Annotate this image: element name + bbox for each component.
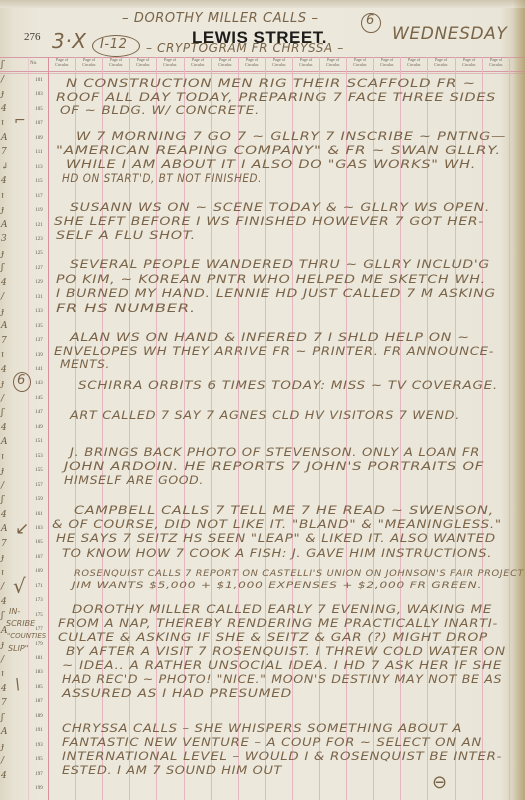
entry-line: SEVERAL PEOPLE WANDERED THRU ~ GLLRY INC… (70, 257, 490, 271)
entry-line: BY AFTER A VISIT 7 ROSENQUIST. I THREW C… (66, 644, 506, 658)
row-number: 153 (32, 454, 46, 459)
header-rule-double (0, 73, 525, 74)
binding-ink-mark: ɟ (1, 553, 9, 563)
column-header: Page of Circular. (240, 58, 264, 67)
row-number: 147 (32, 410, 46, 415)
binding-ink-mark: A (1, 220, 9, 230)
row-number: 137 (32, 338, 46, 343)
row-number: 175 (32, 613, 46, 618)
entry-line: ASSURED AS I HAD PRESUMED (62, 686, 292, 700)
column-header: Page of Circular. (131, 58, 155, 67)
binding-ink-mark: ɟ (1, 307, 9, 317)
row-number: 185 (32, 685, 46, 690)
row-number: 139 (32, 353, 46, 358)
row-number: 191 (32, 728, 46, 733)
entry-line: W 7 MORNING 7 GO 7 ~ GLLRY 7 INSCRIBE ~ … (76, 129, 506, 143)
binding-ink-mark: A (1, 524, 9, 534)
weekday: WEDNESDAY (392, 24, 507, 44)
binding-ink-mark: 7 (1, 336, 9, 346)
margin-check-mark: ⌐ (14, 113, 26, 129)
column-rule (482, 57, 483, 800)
page-top-edge (0, 0, 525, 8)
binding-ink-mark: A (1, 727, 9, 737)
row-number: 171 (32, 584, 46, 589)
margin-inscribe-4: SLIP" (8, 644, 28, 653)
row-number: 199 (32, 786, 46, 791)
column-header: Page of Circular. (348, 58, 372, 67)
binding-ink-mark: 4 (1, 597, 9, 607)
row-number: 119 (32, 208, 46, 213)
column-header: Page of Circular. (50, 58, 74, 67)
row-number: 117 (32, 194, 46, 199)
entry-line: ESTED. I AM 7 SOUND HIM OUT (62, 763, 282, 777)
entry-line: HD ON START'D, BT NOT FINISHED. (62, 171, 262, 185)
entry-line: ROOF ALL DAY TODAY, PREPARING 7 FACE THR… (56, 90, 496, 104)
binding-ink-mark: ɩ (1, 452, 9, 462)
entry-line: HIMSELF ARE GOOD. (64, 473, 204, 487)
entry-line: I BURNED MY HAND. LENNIE HD JUST CALLED … (56, 286, 496, 300)
column-header: Page of Circular. (294, 58, 318, 67)
entry-line: CAMPBELL CALLS 7 TELL ME 7 HE READ ~ SWE… (74, 503, 494, 517)
entry-line: JOHN ARDOIN. HE REPORTS 7 JOHN'S PORTRAI… (64, 459, 484, 473)
binding-ink-mark: 4 (1, 423, 9, 433)
column-header: Page of Circular. (484, 58, 508, 67)
entry-line: ART CALLED 7 SAY 7 AGNES CLD HV VISITORS… (70, 408, 460, 422)
entry-line: ALAN WS ON HAND & INFERED 7 I SHLD HELP … (70, 330, 470, 344)
column-header: Page of Circular. (402, 58, 426, 67)
row-number: 197 (32, 772, 46, 777)
binding-ink-mark: / (1, 756, 9, 766)
row-number: 157 (32, 483, 46, 488)
row-number: 135 (32, 324, 46, 329)
binding-ink-mark: ɟ (1, 249, 9, 259)
entry-line: ENVELOPES WH THEY ARRIVE FR ~ PRINTER. F… (54, 344, 494, 358)
column-rule (509, 57, 510, 800)
row-number: 143 (32, 381, 46, 386)
row-number: 141 (32, 367, 46, 372)
no-column-header: No. (30, 61, 37, 66)
column-header: Page of Circular. (429, 58, 453, 67)
row-number: 133 (32, 309, 46, 314)
margin-arrow-icon: ↙ (15, 519, 29, 539)
row-number: 161 (32, 512, 46, 517)
entry-line: CHRYSSA CALLS – SHE WHISPERS SOMETHING A… (62, 721, 462, 735)
binding-ink-mark: / (1, 481, 9, 491)
margin-inscribe-2: SCRIBE (6, 619, 35, 628)
entry-line: DOROTHY MILLER CALLED EARLY 7 EVENING, W… (72, 602, 492, 616)
row-number: 195 (32, 757, 46, 762)
circled-number: 6 (366, 13, 375, 28)
entry-line: SHE LEFT BEFORE I WS FINISHED HOWEVER 7 … (54, 214, 484, 228)
row-number: 155 (32, 468, 46, 473)
entry-line: WHILE I AM ABOUT IT I ALSO DO "GAS WORKS… (66, 157, 476, 171)
circled-ref: I-12 (100, 37, 127, 52)
column-header: Page of Circular. (213, 58, 237, 67)
entry-line: FR HS NUMBER. (56, 301, 196, 315)
page-number: 276 (24, 31, 41, 43)
binding-ink-mark: ʃ (1, 495, 9, 505)
binding-ink-mark: 4 (1, 104, 9, 114)
entry-line: INTERNATIONAL LEVEL – WOULD I & ROSENQUI… (62, 749, 502, 763)
column-header: Page of Circular. (77, 58, 101, 67)
entry-line: SELF A FLU SHOT. (56, 228, 196, 242)
row-number: 131 (32, 295, 46, 300)
margin-check-mark-2: √ (13, 574, 26, 598)
margin-inscribe-1: IN- (9, 607, 20, 616)
entry-line: SCHIRRA ORBITS 6 TIMES TODAY: MISS ~ TV … (78, 378, 498, 392)
binding-ink-mark: ɟ (1, 742, 9, 752)
entry-line: & OF COURSE, DID NOT LIKE IT. "BLAND" & … (52, 517, 502, 531)
row-number: 113 (32, 165, 46, 170)
entry-line: MENTS. (60, 357, 110, 371)
row-number: 169 (32, 569, 46, 574)
entry-line: JIM WANTS $5,000 + $1,000 EXPENSES + $2,… (72, 581, 482, 591)
binding-ink-mark: ɟ (1, 379, 9, 389)
row-number: 103 (32, 92, 46, 97)
entry-line: FANTASTIC NEW VENTURE – A COUP FOR ~ SEL… (62, 735, 482, 749)
binding-ink-mark: 7 (1, 147, 9, 157)
row-number: 173 (32, 598, 46, 603)
column-header: Page of Circular. (321, 58, 345, 67)
entry-line: SUSANN WS ON ~ SCENE TODAY & ~ GLLRY WS … (70, 200, 490, 214)
binding-ink-mark: ɟ (1, 89, 9, 99)
row-number: 123 (32, 237, 46, 242)
binding-ink-mark: 4 (1, 684, 9, 694)
entry-line: TO KNOW HOW 7 COOK A FISH: J. GAVE HIM I… (62, 546, 492, 560)
binding-ink-mark: 7 (1, 539, 9, 549)
binding-ink-mark: / (1, 75, 9, 85)
row-number: 183 (32, 670, 46, 675)
binding-ink-mark: 4 (1, 771, 9, 781)
date-note: 3·X (52, 29, 87, 53)
binding-ink-mark: A (1, 321, 9, 331)
column-header: Page of Circular. (158, 58, 182, 67)
entry-line: HE SAYS 7 SEITZ HS SEEN "LEAP" & LIKED I… (56, 531, 496, 545)
column-header: Page of Circular. (457, 58, 481, 67)
row-number: 189 (32, 714, 46, 719)
entry-line: "AMERICAN REAPING COMPANY" & FR ~ SWAN G… (56, 143, 501, 157)
row-number: 111 (32, 150, 46, 155)
row-number: 109 (32, 136, 46, 141)
row-number: 129 (32, 280, 46, 285)
margin-mark-3: \ (15, 675, 20, 693)
entry-line: ROSENQUIST CALLS 7 REPORT ON CASTELLI'S … (74, 569, 524, 579)
binding-ink-mark: ʃ (1, 713, 9, 723)
binding-ink-mark: ɩ (1, 568, 9, 578)
entry-line: CULATE & ASKING IF SHE & SEITZ & GAR (?)… (58, 630, 488, 644)
entry-line: PO KIM, ~ KOREAN PNTR WHO HELPED ME SKET… (56, 272, 486, 286)
binding-ink-mark: ɩ (1, 191, 9, 201)
binding-ink-mark: ʃ (1, 408, 9, 418)
binding-ink-mark: 7 (1, 698, 9, 708)
row-number: 149 (32, 425, 46, 430)
margin-inscribe-3: "COUNTIES (7, 632, 46, 640)
no-column-rule (28, 57, 29, 800)
binding-ink-mark: ɩ (1, 669, 9, 679)
page-edge-shadow (513, 0, 525, 800)
entry-line: N CONSTRUCTION MEN RIG THEIR SCAFFOLD FR… (66, 76, 476, 90)
binding-ink-mark: ↲ (1, 162, 9, 172)
ledger-page: ʃ/ɟ4ɩA7↲4ɩɟA3ɟʃ4/ɟA7ɩ4ɟ/ʃ4Aɩɟ/ʃ4A7ɟɩ/4ʃA… (0, 0, 525, 800)
margin-circled-six: 6 (17, 373, 25, 388)
entry-line: ~ IDEA.. A RATHER UNSOCIAL IDEA. I HD 7 … (62, 658, 502, 672)
binding-ink-mark: / (1, 394, 9, 404)
subtitle-note: – CRYPTOGRAM FR CHRYSSA – (146, 41, 344, 55)
row-number: 105 (32, 107, 46, 112)
row-number: 181 (32, 656, 46, 661)
binding-ink-mark: 4 (1, 176, 9, 186)
entry-line: FROM A NAP, THEREBY RENDERING ME PRACTIC… (58, 616, 498, 630)
row-number: 187 (32, 699, 46, 704)
binding-ink-mark: ʃ (1, 60, 9, 70)
column-header: Page of Circular. (267, 58, 291, 67)
column-header: Page of Circular. (104, 58, 128, 67)
binding-ink-mark: 4 (1, 365, 9, 375)
binding-edge: ʃ/ɟ4ɩA7↲4ɩɟA3ɟʃ4/ɟA7ɩ4ɟ/ʃ4Aɩɟ/ʃ4A7ɟɩ/4ʃA… (0, 60, 12, 800)
header-rule-bottom (0, 71, 525, 72)
row-number: 125 (32, 251, 46, 256)
binding-ink-mark: / (1, 292, 9, 302)
binding-ink-mark: ʃ (1, 263, 9, 273)
binding-ink-mark: 4 (1, 510, 9, 520)
column-header: Page of Circular. (186, 58, 210, 67)
binding-ink-mark: ɟ (1, 205, 9, 215)
row-number: 167 (32, 555, 46, 560)
row-number: 165 (32, 540, 46, 545)
closing-symbol-icon: ⊖ (432, 772, 447, 793)
row-number: 193 (32, 743, 46, 748)
row-number: 151 (32, 439, 46, 444)
row-number: 127 (32, 266, 46, 271)
row-number: 145 (32, 396, 46, 401)
binding-ink-mark: ɟ (1, 466, 9, 476)
binding-ink-mark: / (1, 655, 9, 665)
entry-line: J. BRINGS BACK PHOTO OF STEVENSON. ONLY … (70, 445, 480, 459)
binding-ink-mark: A (1, 133, 9, 143)
row-number: 101 (32, 78, 46, 83)
entry-line: HAD REC'D ~ PHOTO! "NICE." MOON'S DESTIN… (62, 672, 502, 686)
binding-ink-mark: / (1, 582, 9, 592)
row-number: 115 (32, 179, 46, 184)
column-rule (48, 57, 49, 800)
row-number: 121 (32, 223, 46, 228)
row-number: 107 (32, 121, 46, 126)
binding-ink-mark: ɩ (1, 118, 9, 128)
row-number: 163 (32, 526, 46, 531)
binding-ink-mark: ɩ (1, 350, 9, 360)
row-number: 159 (32, 497, 46, 502)
top-note: – DOROTHY MILLER CALLS – (122, 11, 319, 26)
column-header: Page of Circular. (375, 58, 399, 67)
binding-ink-mark: A (1, 437, 9, 447)
entry-line: OF ~ BLDG. W/ CONCRETE. (60, 103, 260, 117)
binding-ink-mark: 3 (1, 234, 9, 244)
binding-ink-mark: 4 (1, 278, 9, 288)
row-number: 179 (32, 642, 46, 647)
